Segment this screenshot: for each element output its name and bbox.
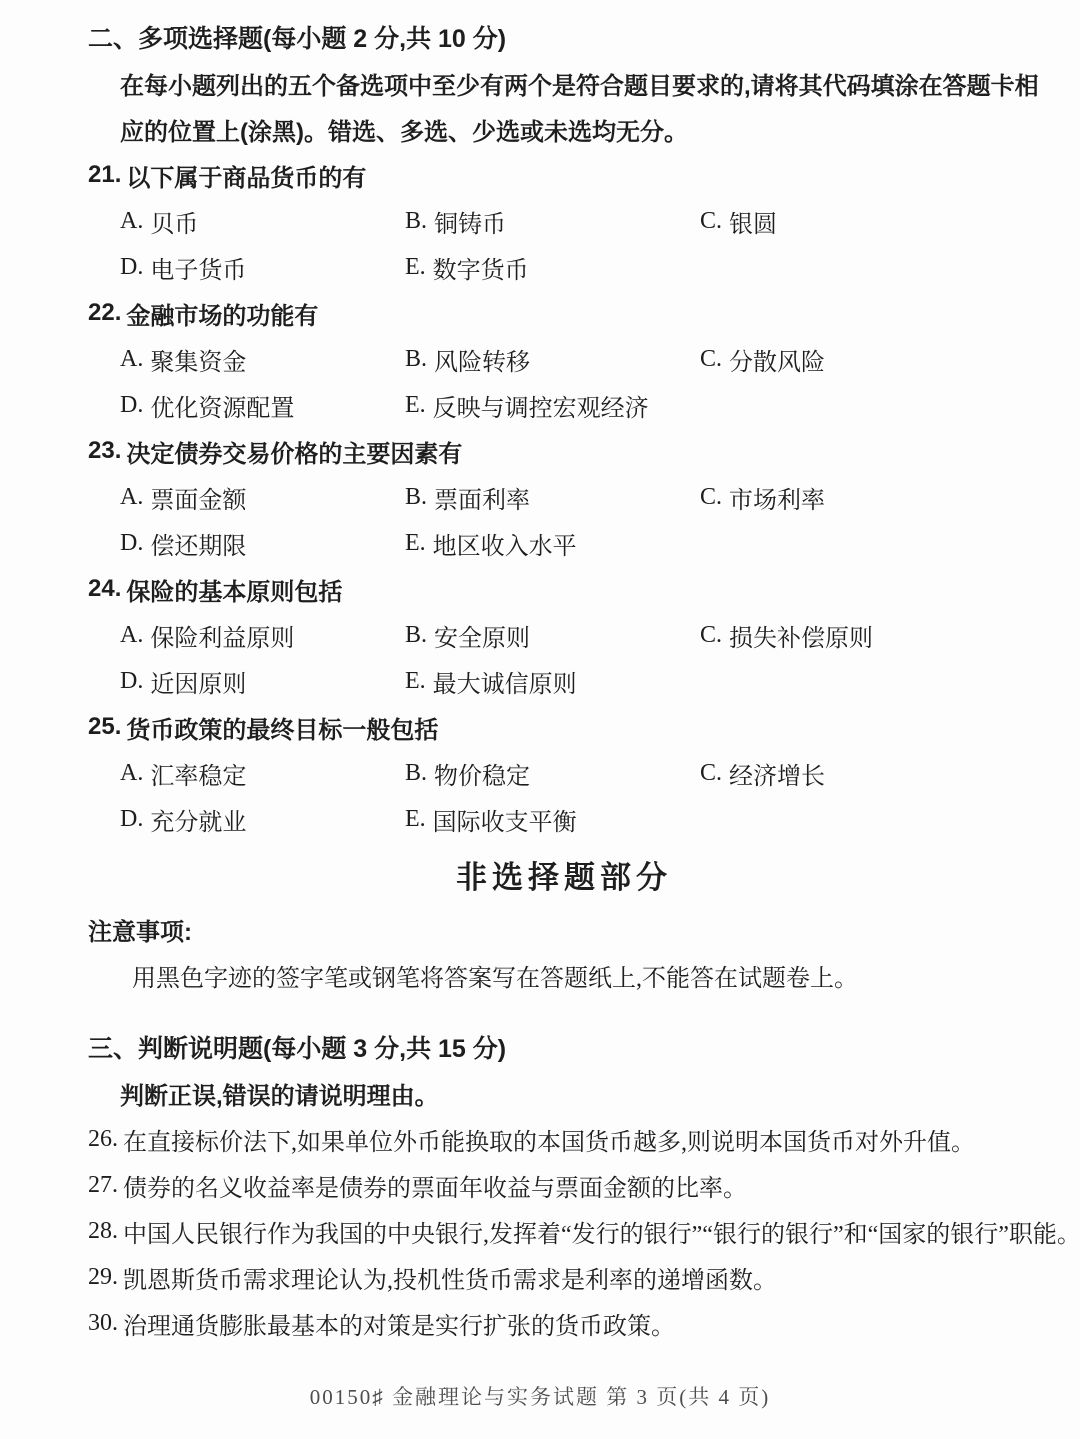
option-label: B.: [405, 760, 427, 787]
option-d: D.充分就业: [120, 802, 405, 837]
question-21-options-de: D.电子货币 E.数字货币: [88, 244, 1040, 290]
question-23-options-de: D.偿还期限 E.地区收入水平: [88, 520, 1040, 566]
option-b: B.票面利率: [405, 480, 700, 515]
option-text: 汇率稳定: [150, 756, 246, 791]
question-number: 24.: [88, 575, 121, 603]
question-27: 27. 债券的名义收益率是债券的票面年收益与票面金额的比率。: [88, 1162, 1040, 1208]
option-label: B.: [405, 208, 427, 235]
question-30: 30. 治理通货膨胀最基本的对策是实行扩张的货币政策。: [88, 1300, 1040, 1346]
option-e: E.地区收入水平: [405, 526, 577, 561]
question-23-stem: 23. 决定债券交易价格的主要因素有: [88, 428, 1040, 474]
question-number: 25.: [88, 713, 121, 741]
option-text: 地区收入水平: [433, 526, 577, 561]
question-29: 29. 凯恩斯货币需求理论认为,投机性货币需求是利率的递增函数。: [88, 1254, 1040, 1300]
question-number: 30.: [88, 1310, 118, 1337]
option-b: B.物价稳定: [405, 756, 700, 791]
question-26: 26. 在直接标价法下,如果单位外币能换取的本国货币越多,则说明本国货币对外升值…: [88, 1116, 1040, 1162]
question-24-stem: 24. 保险的基本原则包括: [88, 566, 1040, 612]
question-21-options-abc: A.贝币 B.铜铸币 C.银圆: [88, 198, 1040, 244]
option-label: A.: [120, 484, 143, 511]
question-text: 治理通货膨胀最基本的对策是实行扩张的货币政策。: [123, 1306, 675, 1341]
option-text: 充分就业: [150, 802, 246, 837]
option-d: D.电子货币: [120, 250, 405, 285]
option-label: E.: [405, 254, 426, 281]
question-text: 决定债券交易价格的主要因素有: [126, 434, 462, 469]
option-text: 最大诚信原则: [433, 664, 577, 699]
option-a: A.贝币: [120, 204, 405, 239]
option-text: 贝币: [150, 204, 198, 239]
question-24-options-de: D.近因原则 E.最大诚信原则: [88, 658, 1040, 704]
question-number: 29.: [88, 1264, 118, 1291]
question-text: 金融市场的功能有: [126, 296, 318, 331]
option-label: C.: [700, 622, 722, 649]
option-label: C.: [700, 346, 722, 373]
question-22-stem: 22. 金融市场的功能有: [88, 290, 1040, 336]
option-text: 分散风险: [729, 342, 825, 377]
option-label: D.: [120, 530, 143, 557]
question-number: 21.: [88, 161, 121, 189]
option-e: E.最大诚信原则: [405, 664, 577, 699]
question-24-options-abc: A.保险利益原则 B.安全原则 C.损失补偿原则: [88, 612, 1040, 658]
option-text: 数字货币: [433, 250, 529, 285]
option-label: B.: [405, 346, 427, 373]
option-a: A.票面金额: [120, 480, 405, 515]
question-number: 26.: [88, 1126, 118, 1153]
question-number: 28.: [88, 1218, 118, 1245]
question-text: 以下属于商品货币的有: [126, 158, 366, 193]
question-22-options-de: D.优化资源配置 E.反映与调控宏观经济: [88, 382, 1040, 428]
option-text: 偿还期限: [150, 526, 246, 561]
question-25-stem: 25. 货币政策的最终目标一般包括: [88, 704, 1040, 750]
option-label: E.: [405, 392, 426, 419]
option-text: 铜铸币: [434, 204, 506, 239]
option-d: D.优化资源配置: [120, 388, 405, 423]
option-text: 票面利率: [434, 480, 530, 515]
option-text: 经济增长: [729, 756, 825, 791]
option-text: 物价稳定: [434, 756, 530, 791]
option-c: C.经济增长: [700, 756, 825, 791]
option-label: A.: [120, 760, 143, 787]
option-text: 损失补偿原则: [729, 618, 873, 653]
option-text: 电子货币: [150, 250, 246, 285]
option-text: 银圆: [729, 204, 777, 239]
option-text: 安全原则: [434, 618, 530, 653]
option-d: D.近因原则: [120, 664, 405, 699]
option-text: 反映与调控宏观经济: [433, 388, 649, 423]
option-text: 近因原则: [150, 664, 246, 699]
option-c: C.损失补偿原则: [700, 618, 873, 653]
option-text: 优化资源配置: [150, 388, 294, 423]
option-label: C.: [700, 484, 722, 511]
question-number: 22.: [88, 299, 121, 327]
option-label: B.: [405, 622, 427, 649]
option-label: D.: [120, 254, 143, 281]
question-25-options-de: D.充分就业 E.国际收支平衡: [88, 796, 1040, 842]
option-label: D.: [120, 668, 143, 695]
option-label: C.: [700, 760, 722, 787]
option-text: 市场利率: [729, 480, 825, 515]
option-e: E.国际收支平衡: [405, 802, 577, 837]
option-b: B.铜铸币: [405, 204, 700, 239]
option-text: 聚集资金: [150, 342, 246, 377]
option-a: A.汇率稳定: [120, 756, 405, 791]
option-c: C.市场利率: [700, 480, 825, 515]
option-d: D.偿还期限: [120, 526, 405, 561]
option-c: C.分散风险: [700, 342, 825, 377]
non-choice-title-row: 非选择题部分: [88, 842, 1040, 906]
question-25-options-abc: A.汇率稳定 B.物价稳定 C.经济增长: [88, 750, 1040, 796]
page-footer: 00150♯ 金融理论与实务试题 第 3 页(共 4 页): [0, 1381, 1080, 1411]
option-text: 票面金额: [150, 480, 246, 515]
option-a: A.保险利益原则: [120, 618, 405, 653]
option-text: 风险转移: [434, 342, 530, 377]
option-label: E.: [405, 806, 426, 833]
option-text: 国际收支平衡: [433, 802, 577, 837]
spacer: [88, 998, 1040, 1024]
question-21-stem: 21. 以下属于商品货币的有: [88, 152, 1040, 198]
option-label: A.: [120, 622, 143, 649]
option-label: A.: [120, 346, 143, 373]
question-text: 货币政策的最终目标一般包括: [126, 710, 438, 745]
section2-instruction-line1: 在每小题列出的五个备选项中至少有两个是符合题目要求的,请将其代码填涂在答题卡相: [88, 60, 1040, 106]
question-28: 28. 中国人民银行作为我国的中央银行,发挥着“发行的银行”“银行的银行”和“国…: [88, 1208, 1040, 1254]
option-e: E.反映与调控宏观经济: [405, 388, 649, 423]
option-label: B.: [405, 484, 427, 511]
option-label: D.: [120, 392, 143, 419]
question-number: 23.: [88, 437, 121, 465]
option-label: E.: [405, 668, 426, 695]
question-23-options-abc: A.票面金额 B.票面利率 C.市场利率: [88, 474, 1040, 520]
option-b: B.风险转移: [405, 342, 700, 377]
section2-heading: 二、多项选择题(每小题 2 分,共 10 分): [88, 14, 1040, 60]
question-text: 在直接标价法下,如果单位外币能换取的本国货币越多,则说明本国货币对外升值。: [123, 1122, 975, 1157]
question-text: 凯恩斯货币需求理论认为,投机性货币需求是利率的递增函数。: [123, 1260, 777, 1295]
page-content: 二、多项选择题(每小题 2 分,共 10 分) 在每小题列出的五个备选项中至少有…: [88, 14, 1040, 1346]
option-c: C.银圆: [700, 204, 777, 239]
section2-instruction-line2: 应的位置上(涂黑)。错选、多选、少选或未选均无分。: [88, 106, 1040, 152]
option-label: D.: [120, 806, 143, 833]
option-text: 保险利益原则: [150, 618, 294, 653]
section3-subheading: 判断正误,错误的请说明理由。: [88, 1070, 1040, 1116]
question-text: 债券的名义收益率是债券的票面年收益与票面金额的比率。: [123, 1168, 747, 1203]
question-text: 保险的基本原则包括: [126, 572, 342, 607]
exam-paper-page: 二、多项选择题(每小题 2 分,共 10 分) 在每小题列出的五个备选项中至少有…: [0, 0, 1080, 1439]
question-22-options-abc: A.聚集资金 B.风险转移 C.分散风险: [88, 336, 1040, 382]
notes-text: 用黑色字迹的签字笔或钢笔将答案写在答题纸上,不能答在试题卷上。: [88, 952, 1040, 998]
option-label: C.: [700, 208, 722, 235]
option-label: E.: [405, 530, 426, 557]
question-text: 中国人民银行作为我国的中央银行,发挥着“发行的银行”“银行的银行”和“国家的银行…: [123, 1214, 1080, 1249]
notes-heading: 注意事项:: [88, 906, 1040, 952]
non-choice-section-title: 非选择题部分: [456, 852, 672, 897]
section3-heading: 三、判断说明题(每小题 3 分,共 15 分): [88, 1024, 1040, 1070]
option-label: A.: [120, 208, 143, 235]
question-number: 27.: [88, 1172, 118, 1199]
option-b: B.安全原则: [405, 618, 700, 653]
option-a: A.聚集资金: [120, 342, 405, 377]
option-e: E.数字货币: [405, 250, 529, 285]
